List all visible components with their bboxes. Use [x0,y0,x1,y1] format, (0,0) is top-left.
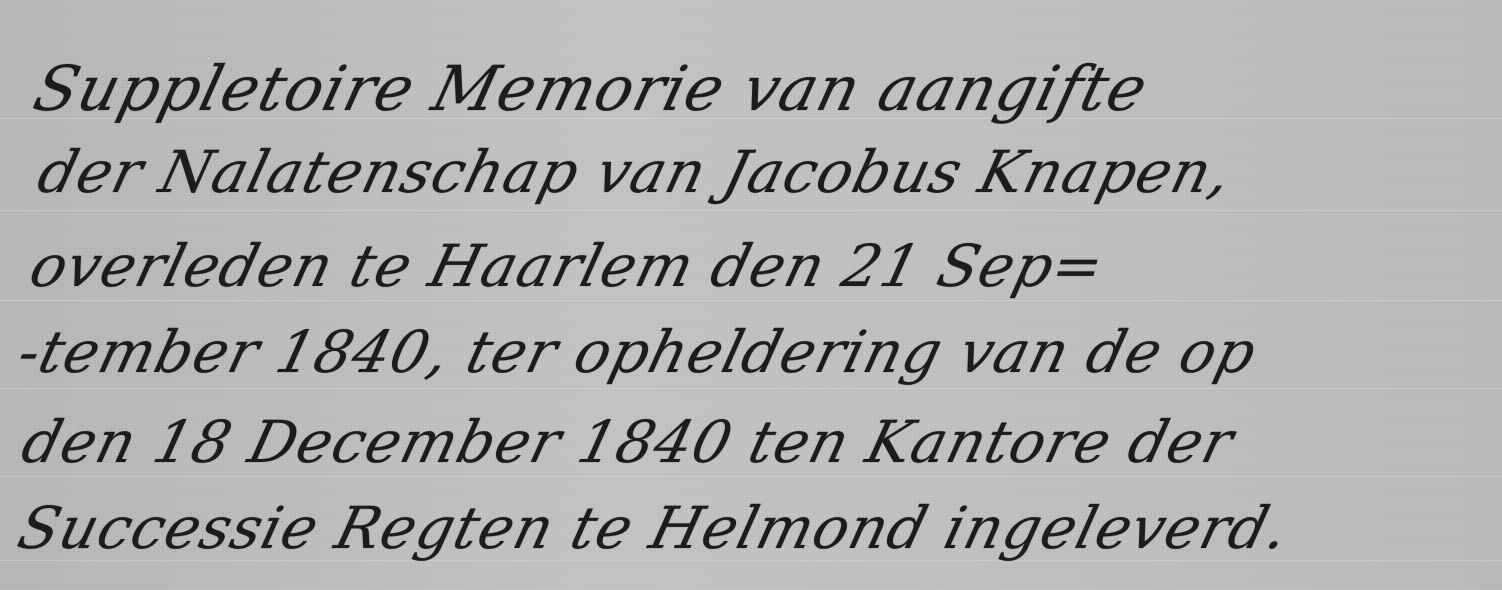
paper-ruling [0,476,1502,477]
text-line-2: der Nalatenschap van Jacobus Knapen, [32,138,1239,206]
paper-ruling [0,210,1502,211]
text-line-4: -tember 1840, ter opheldering van de op [12,318,1264,386]
text-line-3: overleden te Haarlem den 21 Sep= [24,232,1112,300]
text-line-5: den 18 December 1840 ten Kantore der [16,408,1241,476]
text-line-6: Successie Regten te Helmond ingeleverd. [12,494,1297,562]
paper-ruling [0,300,1502,301]
manuscript-page: Suppletoire Memorie van aangifte der Nal… [0,0,1502,590]
paper-ruling [0,388,1502,389]
document-title-line: Suppletoire Memorie van aangifte [27,52,1155,125]
